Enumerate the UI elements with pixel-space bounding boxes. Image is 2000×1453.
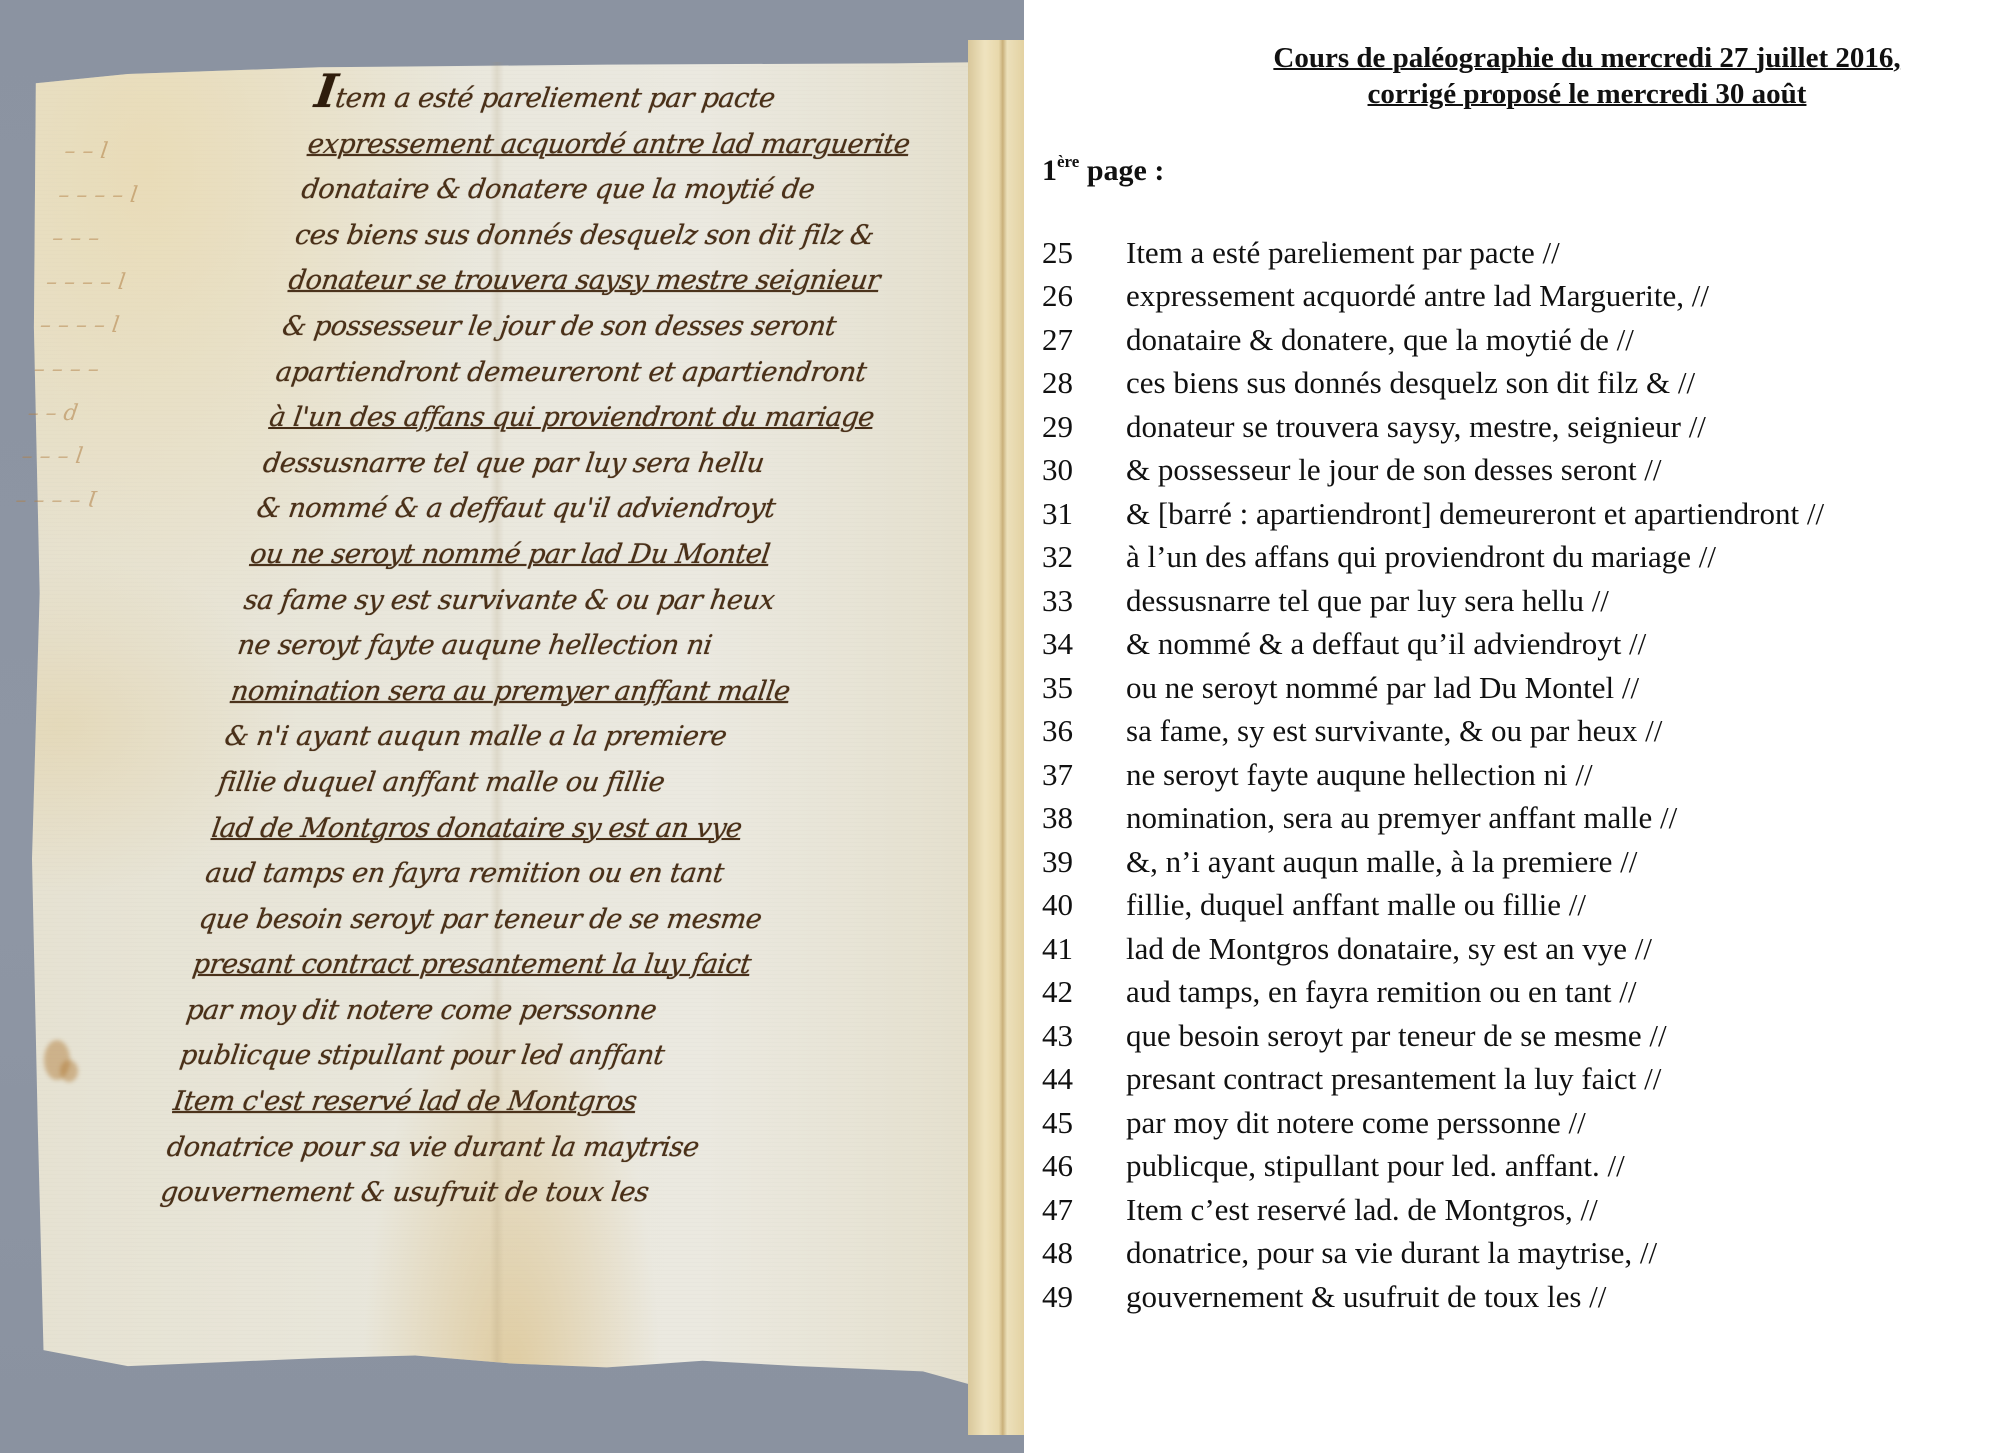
- transcription-line: 38nomination, sera au premyer anffant ma…: [1042, 797, 1824, 841]
- handwritten-line: donataire & donatere que la moytié de: [298, 168, 1024, 214]
- transcription-line: 25Item a esté pareliement par pacte //: [1042, 231, 1824, 275]
- transcription-line: 32à l’un des affans qui proviendront du …: [1042, 536, 1824, 580]
- transcription-line: 33dessusnarre tel que par luy sera hellu…: [1042, 579, 1824, 623]
- handwritten-line: expressement acquordé antre lad margueri…: [305, 123, 1024, 169]
- handwritten-line: dessusnarre tel que par luy sera hellu: [260, 442, 1006, 488]
- handwritten-line: fillie duquel anffant malle ou fillie: [215, 761, 961, 807]
- line-text: à l’un des affans qui proviendront du ma…: [1126, 539, 1716, 575]
- line-number: 26: [1042, 278, 1126, 314]
- line-number: 36: [1042, 713, 1126, 749]
- transcription-line: 34& nommé & a deffaut qu’il adviendroyt …: [1042, 623, 1824, 667]
- line-number: 45: [1042, 1105, 1126, 1141]
- page-label-number: 1: [1042, 154, 1057, 187]
- handwritten-line: Item a esté pareliement par pacte: [311, 70, 1024, 123]
- line-number: 28: [1042, 365, 1126, 401]
- line-number: 38: [1042, 800, 1126, 836]
- handwritten-line: apartiendront demeureront et apartiendro…: [273, 351, 1019, 397]
- manuscript-photo: – – l– – – – l– – –– – – – l– – – – l – …: [0, 0, 1024, 1453]
- transcription-line: 43que besoin seroyt par teneur de se mes…: [1042, 1014, 1824, 1058]
- line-number: 40: [1042, 887, 1126, 923]
- transcription-line: 37ne seroyt fayte auqune hellection ni /…: [1042, 753, 1824, 797]
- line-text: donataire & donatere, que la moytié de /…: [1126, 322, 1634, 358]
- handwritten-line: nomination sera au premyer anffant malle: [228, 670, 974, 716]
- line-text: & [barré : apartiendront] demeureront et…: [1126, 496, 1824, 532]
- line-number: 47: [1042, 1192, 1126, 1228]
- line-text: expressement acquordé antre lad Margueri…: [1126, 278, 1709, 314]
- line-number: 49: [1042, 1279, 1126, 1315]
- line-text: donateur se trouvera saysy, mestre, seig…: [1126, 409, 1706, 445]
- transcription-line: 35ou ne seroyt nommé par lad Du Montel /…: [1042, 666, 1824, 710]
- page-label-sup: ère: [1057, 152, 1079, 171]
- line-number: 44: [1042, 1061, 1126, 1097]
- transcription-line: 30& possesseur le jour de son desses ser…: [1042, 449, 1824, 493]
- handwritten-line: lad de Montgros donataire sy est an vye: [209, 807, 955, 853]
- handwritten-line: sa fame sy est survivante & ou par heux: [241, 579, 987, 625]
- line-text: donatrice, pour sa vie durant la maytris…: [1126, 1235, 1657, 1271]
- handwritten-line: donatrice pour sa vie durant la maytrise: [164, 1126, 910, 1172]
- handwritten-line: ou ne seroyt nommé par lad Du Montel: [247, 533, 993, 579]
- line-number: 35: [1042, 670, 1126, 706]
- transcription-line: 39&, n’i ayant auqun malle, à la premier…: [1042, 840, 1824, 884]
- transcription-line: 42aud tamps, en fayra remition ou en tan…: [1042, 971, 1824, 1015]
- line-number: 48: [1042, 1235, 1126, 1271]
- transcription-line: 41lad de Montgros donataire, sy est an v…: [1042, 927, 1824, 971]
- line-number: 42: [1042, 974, 1126, 1010]
- handwritten-line: gouvernement & usufruit de toux les: [157, 1171, 903, 1217]
- transcription-line: 29donateur se trouvera saysy, mestre, se…: [1042, 405, 1824, 449]
- handwritten-line: & possesseur le jour de son desses seron…: [279, 305, 1024, 351]
- line-number: 27: [1042, 322, 1126, 358]
- handwritten-line: ces biens sus donnés desquelz son dit fi…: [292, 214, 1024, 260]
- transcription-panel: Cours de paléographie du mercredi 27 jui…: [1024, 0, 2000, 1453]
- transcription-line: 31& [barré : apartiendront] demeureront …: [1042, 492, 1824, 536]
- handwritten-line: ne seroyt fayte auqune hellection ni: [234, 624, 980, 670]
- line-text: gouvernement & usufruit de toux les //: [1126, 1279, 1606, 1315]
- title-line-2: corrigé proposé le mercredi 30 août: [1174, 76, 2000, 112]
- handwritten-line: par moy dit notere come perssonne: [183, 989, 929, 1035]
- line-text: dessusnarre tel que par luy sera hellu /…: [1126, 583, 1609, 619]
- transcription-line: 45par moy dit notere come perssonne //: [1042, 1101, 1824, 1145]
- page-label: 1ère page :: [1042, 152, 1164, 188]
- handwritten-line: Item c'est reservé lad de Montgros: [170, 1080, 916, 1126]
- line-text: Item c’est reservé lad. de Montgros, //: [1126, 1192, 1598, 1228]
- transcription-line: 26expressement acquordé antre lad Margue…: [1042, 275, 1824, 319]
- line-number: 34: [1042, 626, 1126, 662]
- line-text: aud tamps, en fayra remition ou en tant …: [1126, 974, 1637, 1010]
- handwritten-line: donateur se trouvera saysy mestre seigni…: [286, 259, 1024, 305]
- line-number: 39: [1042, 844, 1126, 880]
- line-number: 31: [1042, 496, 1126, 532]
- handwritten-line: à l'un des affans qui proviendront du ma…: [266, 396, 1012, 442]
- line-number: 25: [1042, 235, 1126, 271]
- transcription-line: 27donataire & donatere, que la moytié de…: [1042, 318, 1824, 362]
- line-number: 32: [1042, 539, 1126, 575]
- line-text: & possesseur le jour de son desses seron…: [1126, 452, 1662, 488]
- handwritten-line: & n'i ayant auqun malle a la premiere: [221, 715, 967, 761]
- line-number: 46: [1042, 1148, 1126, 1184]
- line-text: Item a esté pareliement par pacte //: [1126, 235, 1560, 271]
- transcription-line: 46publicque, stipullant pour led. anffan…: [1042, 1145, 1824, 1189]
- line-text: & nommé & a deffaut qu’il adviendroyt //: [1126, 626, 1646, 662]
- line-text: lad de Montgros donataire, sy est an vye…: [1126, 931, 1652, 967]
- line-text: presant contract presantement la luy fai…: [1126, 1061, 1661, 1097]
- ink-stain: [60, 1060, 78, 1082]
- handwritten-line: & nommé & a deffaut qu'il adviendroyt: [254, 487, 1000, 533]
- line-text: fillie, duquel anffant malle ou fillie /…: [1126, 887, 1586, 923]
- line-text: nomination, sera au premyer anffant mall…: [1126, 800, 1677, 836]
- page-title: Cours de paléographie du mercredi 27 jui…: [1024, 40, 2000, 112]
- line-number: 43: [1042, 1018, 1126, 1054]
- handwritten-line: que besoin seroyt par teneur de se mesme: [196, 898, 942, 944]
- line-text: sa fame, sy est survivante, & ou par heu…: [1126, 713, 1662, 749]
- line-text: &, n’i ayant auqun malle, à la premiere …: [1126, 844, 1637, 880]
- title-line-1: Cours de paléographie du mercredi 27 jui…: [1174, 40, 2000, 76]
- page-label-text: page :: [1079, 154, 1164, 187]
- transcription-line: 28ces biens sus donnés desquelz son dit …: [1042, 362, 1824, 406]
- line-text: ne seroyt fayte auqune hellection ni //: [1126, 757, 1593, 793]
- handwritten-line: aud tamps en fayra remition ou en tant: [202, 852, 948, 898]
- transcription-line: 36sa fame, sy est survivante, & ou par h…: [1042, 710, 1824, 754]
- line-text: que besoin seroyt par teneur de se mesme…: [1126, 1018, 1667, 1054]
- transcription-line: 49gouvernement & usufruit de toux les //: [1042, 1275, 1824, 1319]
- line-number: 33: [1042, 583, 1126, 619]
- transcription-line: 44presant contract presantement la luy f…: [1042, 1058, 1824, 1102]
- transcription-lines: 25Item a esté pareliement par pacte //26…: [1042, 231, 1824, 1319]
- transcription-line: 40fillie, duquel anffant malle ou fillie…: [1042, 884, 1824, 928]
- line-number: 37: [1042, 757, 1126, 793]
- transcription-line: 47Item c’est reservé lad. de Montgros, /…: [1042, 1188, 1824, 1232]
- line-number: 41: [1042, 931, 1126, 967]
- handwritten-line: publicque stipullant pour led anffant: [177, 1034, 923, 1080]
- handwritten-line: presant contract presantement la luy fai…: [189, 943, 935, 989]
- line-text: publicque, stipullant pour led. anffant.…: [1126, 1148, 1625, 1184]
- line-text: ces biens sus donnés desquelz son dit fi…: [1126, 365, 1695, 401]
- line-number: 30: [1042, 452, 1126, 488]
- line-number: 29: [1042, 409, 1126, 445]
- line-text: par moy dit notere come perssonne //: [1126, 1105, 1586, 1141]
- line-text: ou ne seroyt nommé par lad Du Montel //: [1126, 670, 1639, 706]
- transcription-line: 48donatrice, pour sa vie durant la maytr…: [1042, 1232, 1824, 1276]
